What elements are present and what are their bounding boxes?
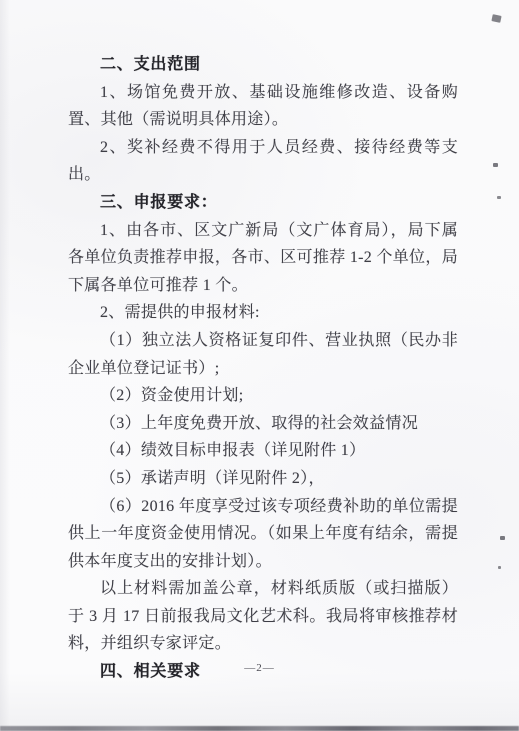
scan-speck [491, 14, 501, 23]
para-application-item-2: 2、需提供的申报材料: [68, 299, 458, 327]
document-body: 二、支出范围 1、场馆免费开放、基础设施维修改造、设备购置、其他（需说明具体用途… [68, 51, 458, 686]
scan-speck [497, 196, 501, 199]
para-expenditure-item-2: 2、奖补经费不得用于人员经费、接待经费等支出。 [68, 134, 458, 189]
scan-edge-strip [0, 726, 519, 731]
page-number: —2— [0, 662, 519, 674]
para-material-3: （3）上年度免费开放、取得的社会效益情况 [68, 410, 458, 438]
section-heading-application-requirements: 三、申报要求： [68, 189, 458, 217]
para-submission-deadline: 以上材料需加盖公章，材料纸质版（或扫描版）于 3 月 17 日前报我局文化艺术科… [68, 575, 458, 658]
para-expenditure-item-1: 1、场馆免费开放、基础设施维修改造、设备购置、其他（需说明具体用途）。 [68, 79, 458, 134]
para-application-item-1: 1、由各市、区文广新局（文广体育局），局下属各单位负责推荐申报，各市、区可推荐 … [68, 217, 458, 300]
scan-speck [493, 163, 498, 167]
para-material-5: （5）承诺声明（详见附件 2）， [68, 465, 458, 493]
scanned-document-page: 二、支出范围 1、场馆免费开放、基础设施维修改造、设备购置、其他（需说明具体用途… [0, 0, 519, 731]
para-material-1: （1）独立法人资格证复印件、营业执照（民办非企业单位登记证书）; [68, 327, 458, 382]
para-material-4: （4）绩效目标申报表（详见附件 1） [68, 437, 458, 465]
scan-speck [500, 536, 505, 540]
scan-edge-shade [0, 0, 10, 731]
para-material-2: （2）资金使用计划; [68, 382, 458, 410]
para-material-6: （6）2016 年度享受过该专项经费补助的单位需提供上一年度资金使用情况。（如果… [68, 493, 458, 576]
scan-speck [498, 566, 501, 569]
section-heading-expenditure-scope: 二、支出范围 [68, 51, 458, 79]
